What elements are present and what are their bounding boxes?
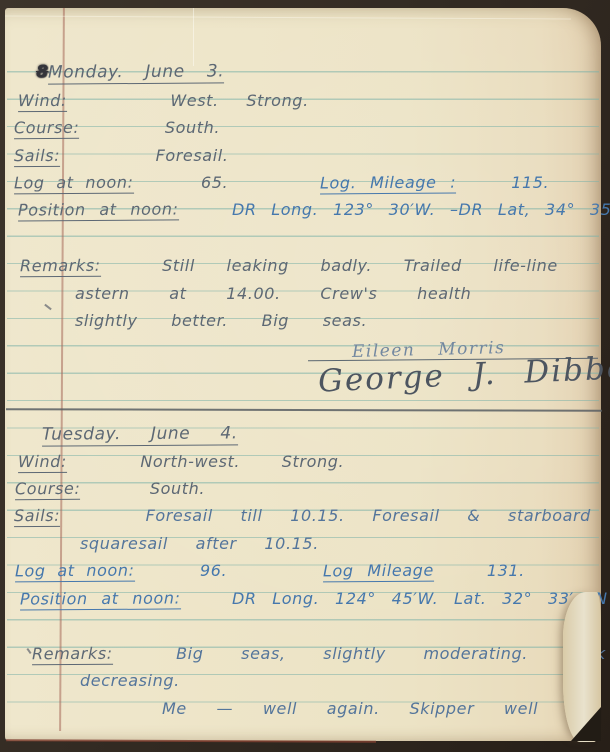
pencil-tick — [44, 304, 52, 311]
remarks-label: Remarks: — [20, 256, 101, 278]
position-value: DR Long. 123° 30′W. –DR Lat, 34° 35′ N. — [232, 200, 610, 219]
wind-value: West. Strong. — [170, 91, 308, 110]
sails-row: Sails: Foresail. — [14, 146, 229, 167]
course-row: Course: South. — [15, 479, 205, 500]
sails-label: Sails: — [14, 506, 60, 527]
log-row: Log at noon: 96. Log Mileage 131. — [15, 561, 525, 582]
wind-row: Wind: North-west. Strong. — [18, 452, 344, 473]
mileage-label: Log. Mileage : — [319, 173, 455, 195]
remarks-line-3: slightly better. Big seas. — [75, 311, 367, 330]
entry-heading: Tuesday. June 4. — [42, 424, 238, 446]
log-value: 65. — [201, 173, 228, 192]
position-label: Position at noon: — [20, 588, 181, 610]
sails-value: Foresail. — [156, 146, 229, 165]
sails-row: Sails: Foresail till 10.15. Foresail & s… — [14, 506, 591, 527]
log-label: Log at noon: — [14, 173, 134, 195]
course-label: Course: — [15, 479, 81, 500]
crossed-out-mark: 8 — [36, 62, 48, 82]
remarks-row: Remarks: Big seas, slightly moderating. … — [32, 644, 606, 665]
mileage-label: Log Mileage — [322, 561, 433, 583]
position-row: Position at noon: DR Long. 124° 45′W. La… — [20, 589, 608, 610]
remarks-row: Remarks: Still leaking badly. Trailed li… — [20, 256, 558, 277]
log-value: 96. — [200, 561, 227, 580]
wind-label: Wind: — [18, 452, 67, 473]
course-row: Course: South. — [14, 118, 220, 139]
course-value: South. — [150, 479, 205, 498]
entry-heading: 8Monday. June 3. — [36, 62, 225, 84]
remarks-label: Remarks: — [32, 644, 113, 666]
handwritten-content: 8Monday. June 3. Wind: West. Strong. Cou… — [0, 0, 610, 752]
position-label: Position at noon: — [18, 199, 179, 221]
course-value: South. — [165, 118, 220, 137]
mileage-value: 115. — [511, 173, 549, 192]
course-label: Course: — [14, 118, 80, 139]
remarks-line-2: astern at 14.00. Crew's health — [75, 284, 471, 303]
mileage-value: 131. — [487, 561, 525, 580]
date-heading: Tuesday. June 4. — [42, 423, 238, 446]
log-row: Log at noon: 65. Log. Mileage : 115. — [14, 173, 549, 194]
remarks-line-1: Still leaking badly. Trailed life-line — [162, 256, 558, 275]
log-label: Log at noon: — [15, 561, 135, 583]
pencil-tick — [26, 648, 31, 654]
logbook-photo: 8Monday. June 3. Wind: West. Strong. Cou… — [0, 0, 610, 752]
wind-value: North-west. Strong. — [140, 452, 344, 471]
sails-value: Foresail till 10.15. Foresail & starboar… — [146, 506, 591, 525]
date-heading: Monday. June 3. — [48, 61, 224, 84]
position-row: Position at noon: DR Long. 123° 30′W. –D… — [18, 200, 610, 221]
remarks-line-3: Me — well again. Skipper well — — [162, 699, 584, 718]
wind-row: Wind: West. Strong. — [18, 91, 309, 112]
sails-label: Sails: — [14, 146, 60, 167]
remarks-line-1: Big seas, slightly moderating. Leak — [176, 644, 606, 663]
remarks-line-2: decreasing. — [80, 671, 180, 690]
position-value: DR Long. 124° 45′W. Lat. 32° 33′. N — [232, 589, 608, 608]
entry-divider-line — [6, 408, 602, 411]
wind-label: Wind: — [18, 91, 67, 112]
sails-value-line-2: squaresail after 10.15. — [80, 534, 319, 553]
